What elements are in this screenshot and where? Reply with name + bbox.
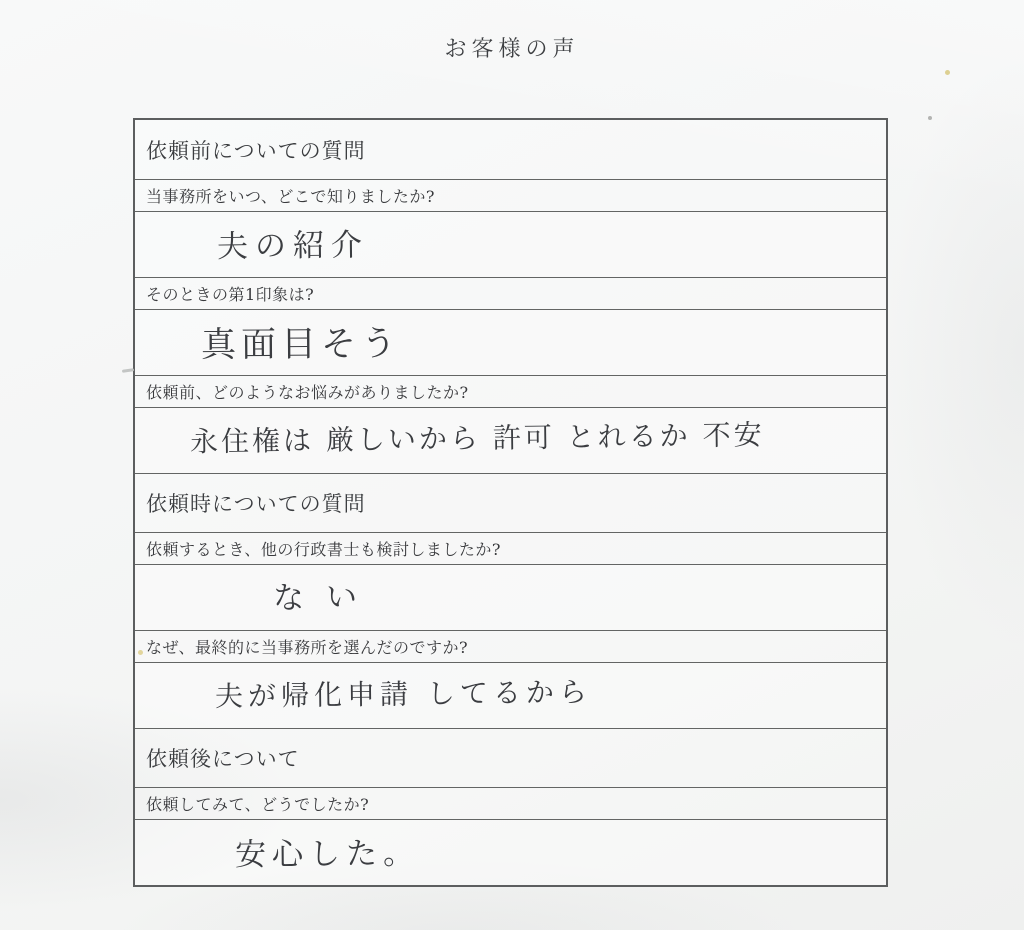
question-how-was-it: 依頼してみて、どうでしたか?	[135, 787, 886, 819]
answer-considered-others: ない	[135, 564, 886, 630]
section-header-label: 依頼前についての質問	[146, 135, 366, 165]
question-label: 依頼するとき、他の行政書士も検討しましたか?	[146, 537, 501, 560]
question-label: 依頼前、どのようなお悩みがありましたか?	[146, 380, 469, 403]
handwritten-answer: 真面目そう	[135, 316, 401, 368]
question-label: 依頼してみて、どうでしたか?	[146, 792, 369, 815]
handwritten-answer: 夫が帰化申請 してるから	[135, 670, 592, 716]
section-header-before-request: 依頼前についての質問	[135, 120, 886, 179]
answer-worries-before: 永住権は 厳しいから 許可 とれるか 不安	[135, 407, 886, 473]
answer-where-did-you-learn: 夫の紹介	[135, 211, 886, 277]
question-first-impression: そのときの第1印象は?	[135, 277, 886, 309]
question-worries-before: 依頼前、どのようなお悩みがありましたか?	[135, 375, 886, 407]
section-header-label: 依頼後について	[146, 743, 300, 773]
question-label: なぜ、最終的に当事務所を選んだのですか?	[146, 635, 468, 658]
handwritten-answer: 安心した。	[135, 828, 420, 875]
scan-speck	[945, 70, 950, 75]
scan-speck	[928, 116, 932, 120]
section-header-after-request: 依頼後について	[135, 728, 886, 787]
feedback-table: 依頼前についての質問 当事務所をいつ、どこで知りましたか? 夫の紹介 そのときの…	[133, 118, 888, 887]
question-label: そのときの第1印象は?	[146, 282, 314, 305]
question-where-did-you-learn: 当事務所をいつ、どこで知りましたか?	[135, 179, 886, 211]
handwritten-answer: 夫の紹介	[135, 219, 370, 267]
answer-first-impression: 真面目そう	[135, 309, 886, 375]
page-title: お客様の声	[0, 32, 1024, 63]
handwritten-answer: 永住権は 厳しいから 許可 とれるか 不安	[135, 413, 765, 461]
section-header-at-request: 依頼時についての質問	[135, 473, 886, 532]
question-why-chose-us: なぜ、最終的に当事務所を選んだのですか?	[135, 630, 886, 662]
answer-why-chose-us: 夫が帰化申請 してるから	[135, 662, 886, 728]
handwritten-answer: ない	[135, 571, 380, 620]
scanned-page: お客様の声 依頼前についての質問 当事務所をいつ、どこで知りましたか? 夫の紹介…	[0, 0, 1024, 930]
answer-how-was-it: 安心した。	[135, 819, 886, 885]
question-label: 当事務所をいつ、どこで知りましたか?	[146, 184, 435, 207]
question-considered-others: 依頼するとき、他の行政書士も検討しましたか?	[135, 532, 886, 564]
section-header-label: 依頼時についての質問	[146, 488, 366, 518]
